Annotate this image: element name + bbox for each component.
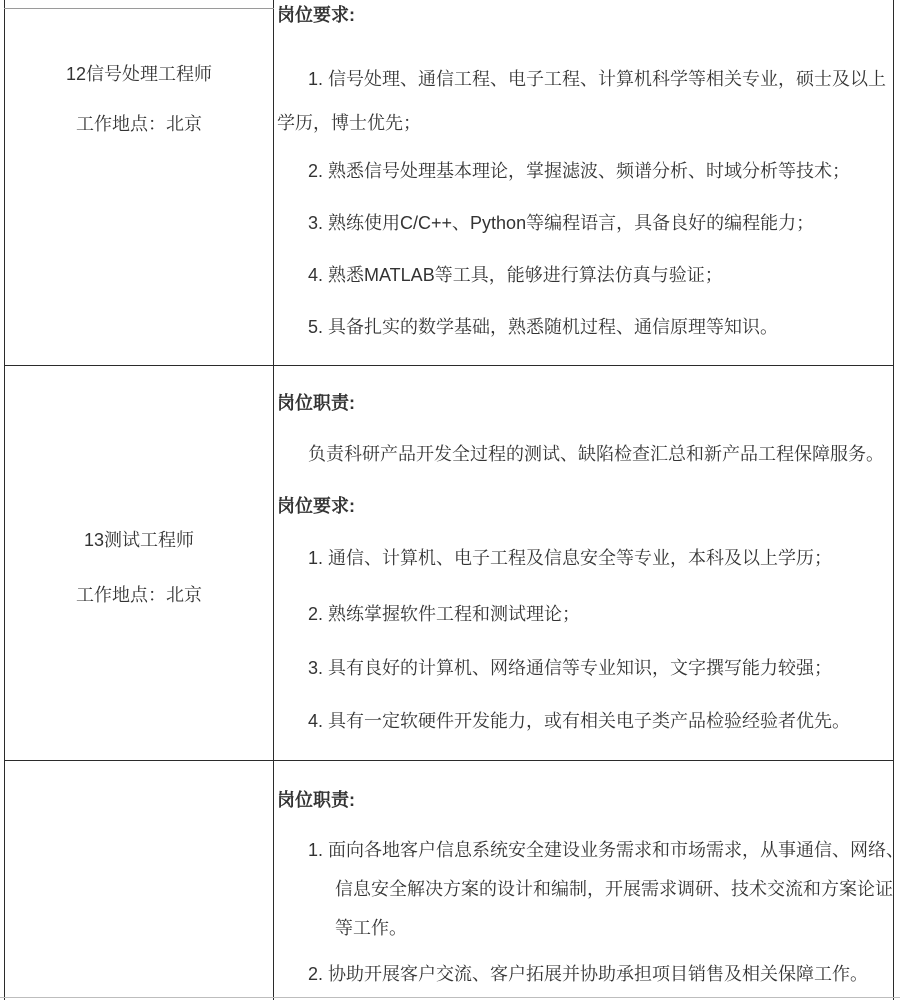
job-title: 13测试工程师	[5, 528, 273, 552]
responsibility-item: 负责科研产品开发全过程的测试、缺陷检查汇总和新产品工程保障服务。	[308, 442, 884, 466]
job-table: 12信号处理工程师 工作地点：北京 岗位要求: 1. 信号处理、通信工程、电子工…	[0, 0, 900, 1000]
requirement-item: 4. 熟悉MATLAB等工具，能够进行算法仿真与验证；	[308, 263, 723, 287]
left-cell-top-border	[4, 8, 274, 9]
requirement-item: 5. 具备扎实的数学基础，熟悉随机过程、通信原理等知识。	[308, 315, 778, 339]
requirement-item: 2. 熟练掌握软件工程和测试理论；	[308, 602, 580, 626]
bottom-edge-line	[0, 997, 900, 998]
section-heading: 岗位职责:	[277, 788, 355, 812]
requirement-item: 3. 熟练使用C/C++、Python等编程语言，具备良好的编程能力；	[308, 211, 814, 235]
requirement-item: 1. 通信、计算机、电子工程及信息安全等专业，本科及以上学历；	[308, 546, 832, 570]
responsibility-item-wrap: 信息安全解决方案的设计和编制，开展需求调研、技术交流和方案论证	[335, 877, 893, 901]
requirement-item: 4. 具有一定软硬件开发能力，或有相关电子类产品检验经验者优先。	[308, 709, 850, 733]
requirement-item: 1. 信号处理、通信工程、电子工程、计算机科学等相关专业，硕士及以上	[308, 67, 886, 91]
row-divider-2	[4, 760, 894, 761]
row-divider-1	[4, 365, 894, 366]
section-heading: 岗位要求:	[277, 3, 355, 27]
responsibility-item-wrap: 等工作。	[335, 916, 407, 940]
job-location: 工作地点：北京	[5, 112, 273, 136]
requirement-item: 2. 熟悉信号处理基本理论，掌握滤波、频谱分析、时域分析等技术；	[308, 159, 850, 183]
job-location: 工作地点：北京	[5, 583, 273, 607]
section-heading: 岗位职责:	[277, 391, 355, 415]
table-left-border	[4, 0, 5, 1000]
job-title: 12信号处理工程师	[5, 62, 273, 86]
requirement-item-wrap: 学历，博士优先；	[277, 111, 421, 135]
section-heading: 岗位要求:	[277, 494, 355, 518]
requirement-item: 3. 具有良好的计算机、网络通信等专业知识，文字撰写能力较强；	[308, 656, 832, 680]
column-divider	[273, 0, 274, 1000]
responsibility-item: 1. 面向各地客户信息系统安全建设业务需求和市场需求，从事通信、网络、	[308, 838, 900, 862]
responsibility-item: 2. 协助开展客户交流、客户拓展并协助承担项目销售及相关保障工作。	[308, 962, 868, 986]
